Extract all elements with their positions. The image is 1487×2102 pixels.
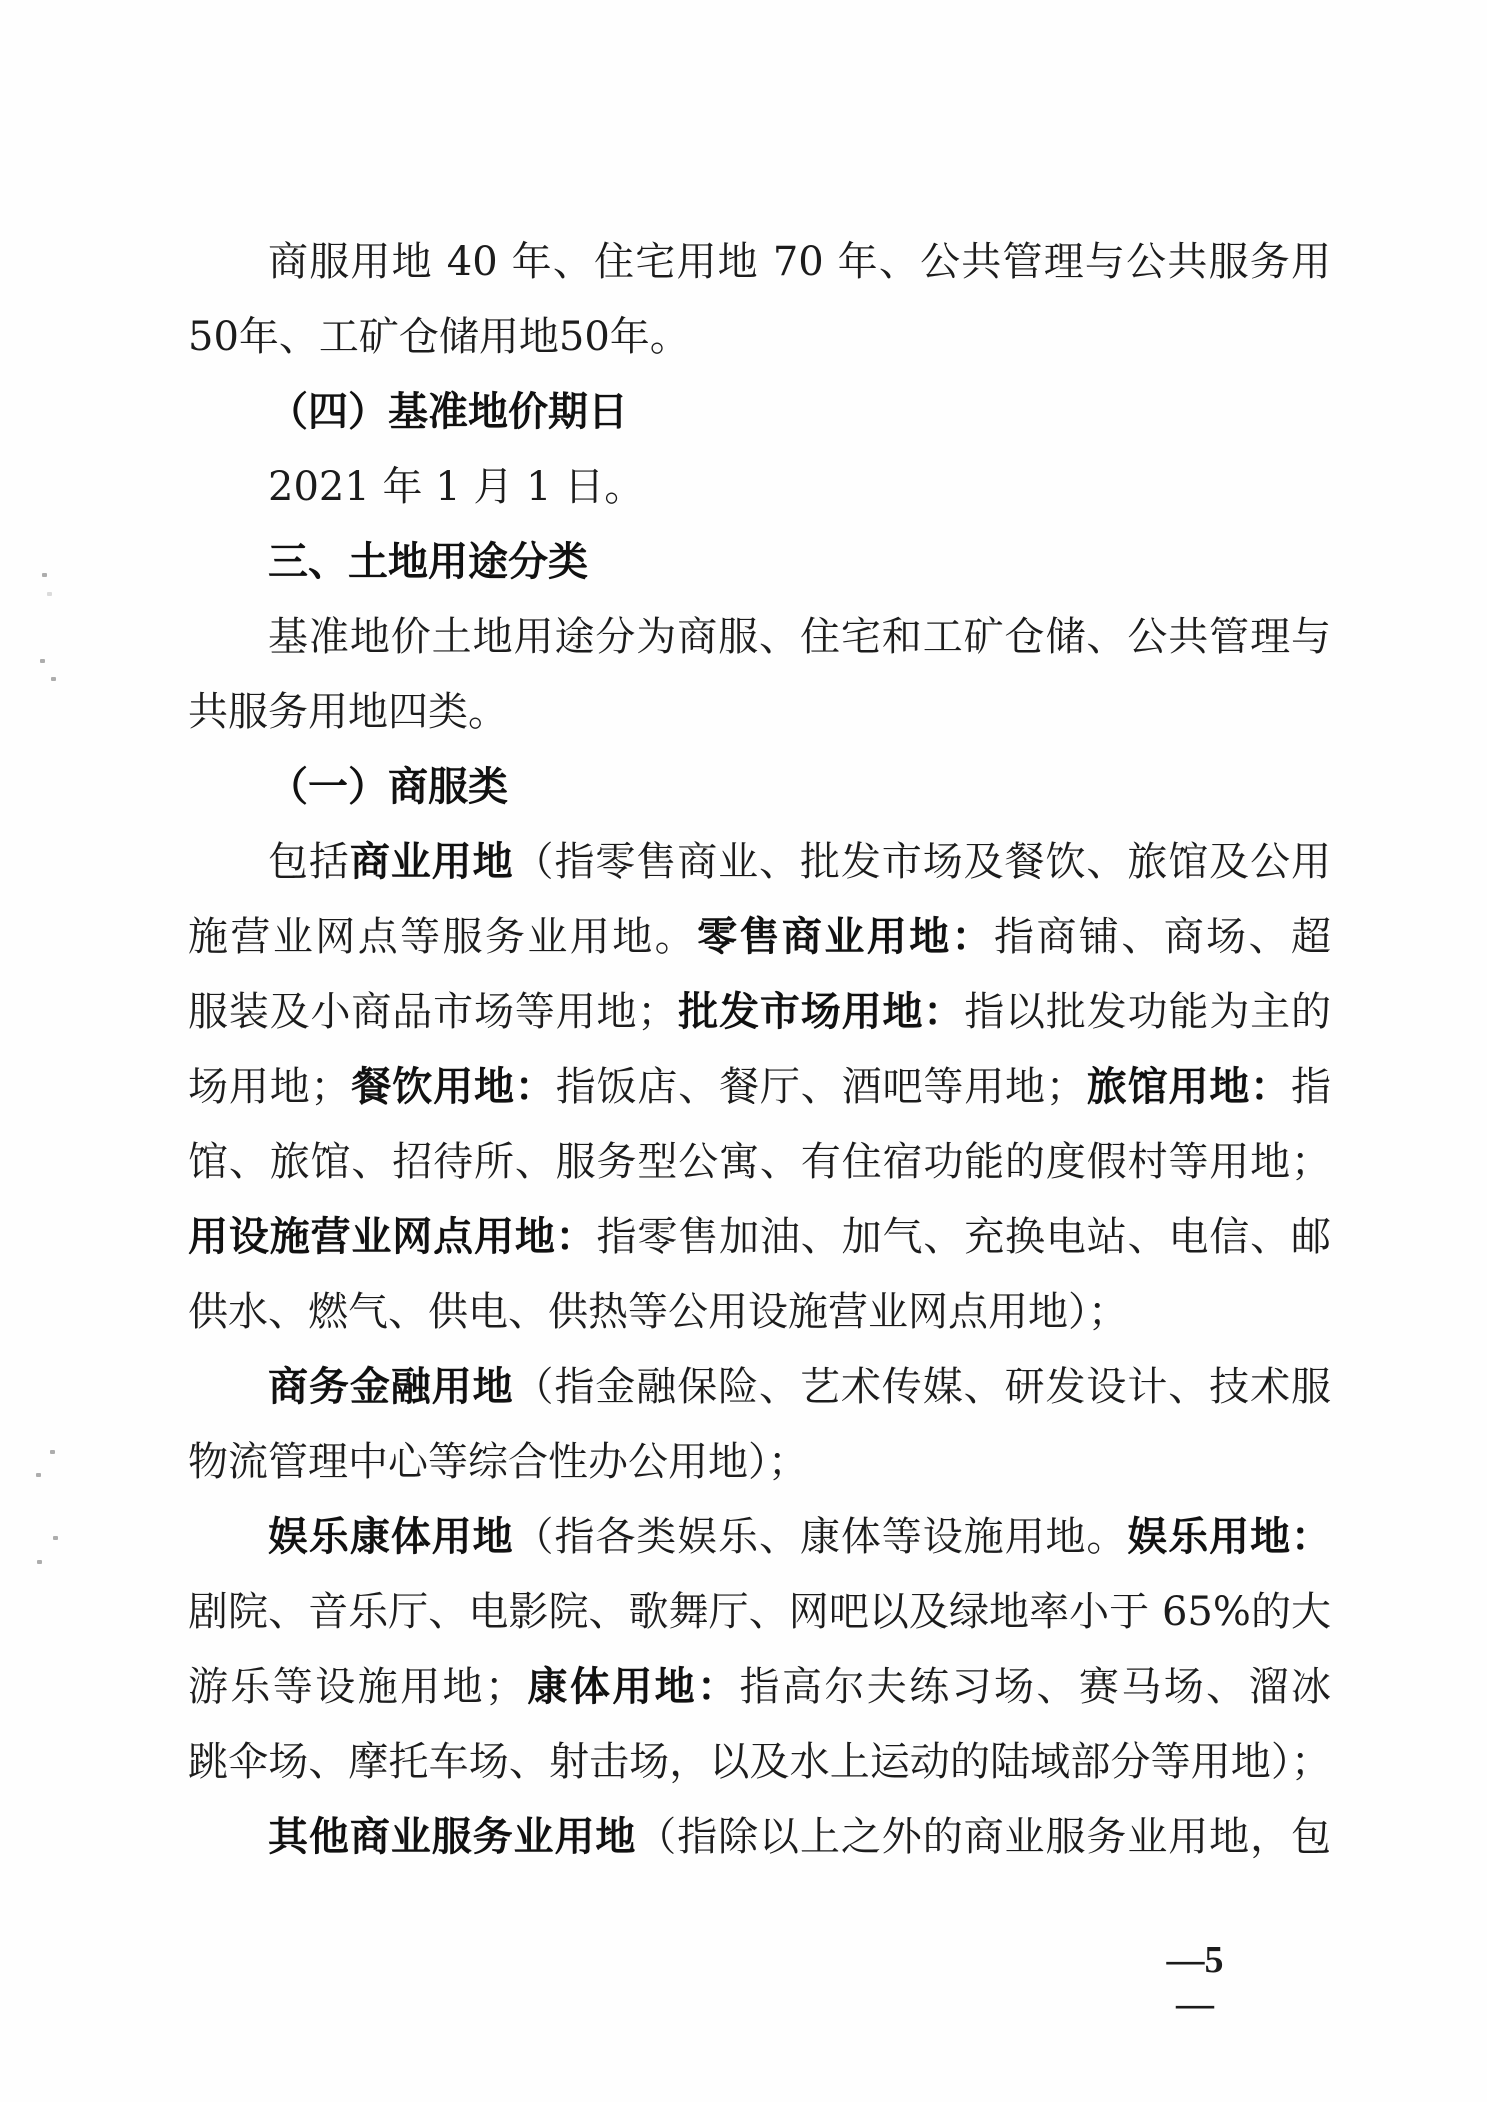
bold-term: 批发市场用地： <box>677 989 964 1035</box>
document-page: 商服用地 40 年、住宅用地 70 年、公共管理与公共服务用地50年、工矿仓储用… <box>0 0 1487 2102</box>
text-segment: 场用地； <box>188 1064 351 1110</box>
text-segment: （指各类娱乐、康体等设施用地。 <box>514 1514 1128 1560</box>
text-segment: 2021 年 1 月 1 日。 <box>268 464 644 510</box>
bold-term: 零售商业用地： <box>697 914 994 960</box>
text-segment: 商服用地 40 年、住宅用地 70 年、公共管理与公共服务用地 <box>268 239 1331 287</box>
scan-artifact-dot <box>42 573 47 577</box>
section-heading: （一）商服类 <box>188 762 1331 812</box>
text-segment: 游乐等设施用地； <box>188 1664 525 1710</box>
text-segment: 物流管理中心等综合性办公用地）； <box>188 1439 808 1485</box>
bold-term: 商业用地 <box>350 839 514 885</box>
text-line: 商务金融用地（指金融保险、艺术传媒、研发设计、技术服务、 <box>188 1362 1331 1412</box>
bold-term: 用设施营业网点用地： <box>188 1214 597 1260</box>
bold-term: 其他商业服务业用地 <box>268 1814 636 1860</box>
bold-term: （一）商服类 <box>268 764 508 810</box>
text-line: 用设施营业网点用地：指零售加油、加气、充换电站、电信、邮政、 <box>188 1212 1331 1262</box>
bold-term: 三、土地用途分类 <box>268 539 588 585</box>
text-segment: 基准地价土地用途分为商服、住宅和工矿仓储、公共管理与公 <box>268 614 1331 662</box>
scan-artifact-dot <box>36 1473 41 1477</box>
bold-term: （四）基准地价期日 <box>268 389 628 435</box>
bold-term: 康体用地： <box>525 1664 740 1710</box>
bold-term: 商务金融用地 <box>268 1364 514 1410</box>
text-line: 2021 年 1 月 1 日。 <box>188 462 1331 512</box>
text-segment: 共服务用地四类。 <box>188 689 508 735</box>
text-line: 游乐等设施用地；康体用地：指高尔夫练习场、赛马场、溜冰场、 <box>188 1662 1331 1712</box>
text-line: 其他商业服务业用地（指除以上之外的商业服务业用地，包括 <box>188 1812 1331 1862</box>
text-segment: 馆、旅馆、招待所、服务型公寓、有住宿功能的度假村等用地； <box>188 1139 1331 1185</box>
text-line: 50年、工矿仓储用地50年。 <box>188 312 1331 362</box>
scan-artifact-dot <box>50 1450 55 1454</box>
section-heading: 三、土地用途分类 <box>188 537 1331 587</box>
scan-artifact-dot <box>53 1536 58 1540</box>
section-heading: （四）基准地价期日 <box>188 387 1331 437</box>
scan-artifact-dot <box>40 659 45 663</box>
text-line: 剧院、音乐厅、电影院、歌舞厅、网吧以及绿地率小于 65%的大型 <box>188 1587 1331 1637</box>
bold-term: 旅馆用地： <box>1086 1064 1291 1110</box>
text-segment: 施营业网点等服务业用地。 <box>188 914 697 960</box>
scan-artifact-dot <box>37 1560 42 1564</box>
page-number: —5— <box>1150 1938 1240 1982</box>
text-line: 馆、旅馆、招待所、服务型公寓、有住宿功能的度假村等用地；公 <box>188 1137 1331 1187</box>
scan-artifact-dot <box>51 677 56 681</box>
text-line: 场用地；餐饮用地：指饭店、餐厅、酒吧等用地；旅馆用地：指宾 <box>188 1062 1331 1112</box>
bold-term: 娱乐康体用地 <box>268 1514 514 1560</box>
text-segment: 指饭店、餐厅、酒吧等用地； <box>556 1064 1086 1110</box>
bold-term: 餐饮用地： <box>351 1064 556 1110</box>
text-line: 共服务用地四类。 <box>188 687 1331 737</box>
text-line: 包括商业用地（指零售商业、批发市场及餐饮、旅馆及公用设 <box>188 837 1331 887</box>
text-line: 施营业网点等服务业用地。零售商业用地：指商铺、商场、超市、 <box>188 912 1331 962</box>
text-line: 娱乐康体用地（指各类娱乐、康体等设施用地。娱乐用地：指 <box>188 1512 1331 1562</box>
text-line: 商服用地 40 年、住宅用地 70 年、公共管理与公共服务用地 <box>188 237 1331 287</box>
text-segment: 包括 <box>268 839 350 885</box>
scan-artifact-dot <box>47 592 52 596</box>
text-line: 基准地价土地用途分为商服、住宅和工矿仓储、公共管理与公 <box>188 612 1331 662</box>
text-segment: 跳伞场、摩托车场、射击场，以及水上运动的陆域部分等用地）； <box>188 1739 1331 1785</box>
text-line: 跳伞场、摩托车场、射击场，以及水上运动的陆域部分等用地）； <box>188 1737 1331 1787</box>
text-line: 服装及小商品市场等用地；批发市场用地：指以批发功能为主的市 <box>188 987 1331 1037</box>
text-segment: 剧院、音乐厅、电影院、歌舞厅、网吧以及绿地率小于 65%的大型 <box>188 1589 1331 1637</box>
text-line: 供水、燃气、供电、供热等公用设施营业网点用地）； <box>188 1287 1331 1337</box>
text-segment: 50年、工矿仓储用地50年。 <box>188 314 690 360</box>
text-segment: 服装及小商品市场等用地； <box>188 989 677 1035</box>
bold-term: 娱乐用地： <box>1127 1514 1331 1560</box>
text-line: 物流管理中心等综合性办公用地）； <box>188 1437 1331 1487</box>
text-segment: 供水、燃气、供电、供热等公用设施营业网点用地）； <box>188 1289 1128 1335</box>
